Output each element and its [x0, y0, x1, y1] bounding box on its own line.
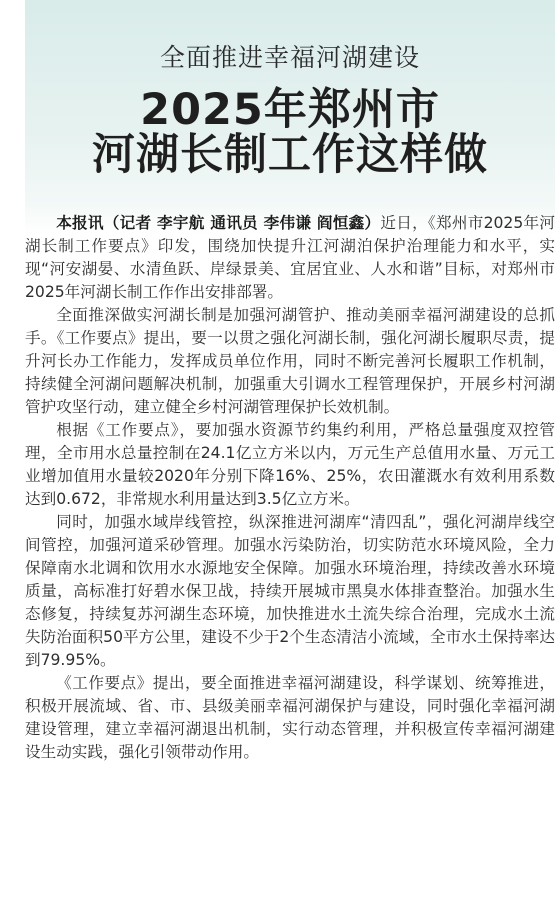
- article-paragraph: 全面推深做实河湖长制是加强河湖管护、推动美丽幸福河湖建设的总抓手。《工作要点》提…: [25, 304, 555, 419]
- article-body: 本报讯（记者 李宇航 通讯员 李伟谦 阎恒鑫）近日，《郑州市2025年河湖长制工…: [25, 212, 555, 764]
- byline: 本报讯（记者 李宇航 通讯员 李伟谦 阎恒鑫）: [56, 214, 380, 232]
- article-paragraph-lead: 本报讯（记者 李宇航 通讯员 李伟谦 阎恒鑫）近日，《郑州市2025年河湖长制工…: [25, 212, 555, 304]
- headline-line-1: 2025年郑州市: [25, 85, 555, 135]
- article-paragraph: 《工作要点》提出，要全面推进幸福河湖建设，科学谋划、统筹推进，积极开展流域、省、…: [25, 672, 555, 764]
- headline-line-2: 河湖长制工作这样做: [25, 130, 555, 180]
- article-paragraph: 同时，加强水域岸线管控，纵深推进河湖库“清四乱”，强化河湖岸线空间管控，加强河道…: [25, 511, 555, 672]
- kicker-subtitle: 全面推进幸福河湖建设: [25, 38, 555, 74]
- article-paragraph: 根据《工作要点》，要加强水资源节约集约利用，严格总量强度双控管理，全市用水总量控…: [25, 419, 555, 511]
